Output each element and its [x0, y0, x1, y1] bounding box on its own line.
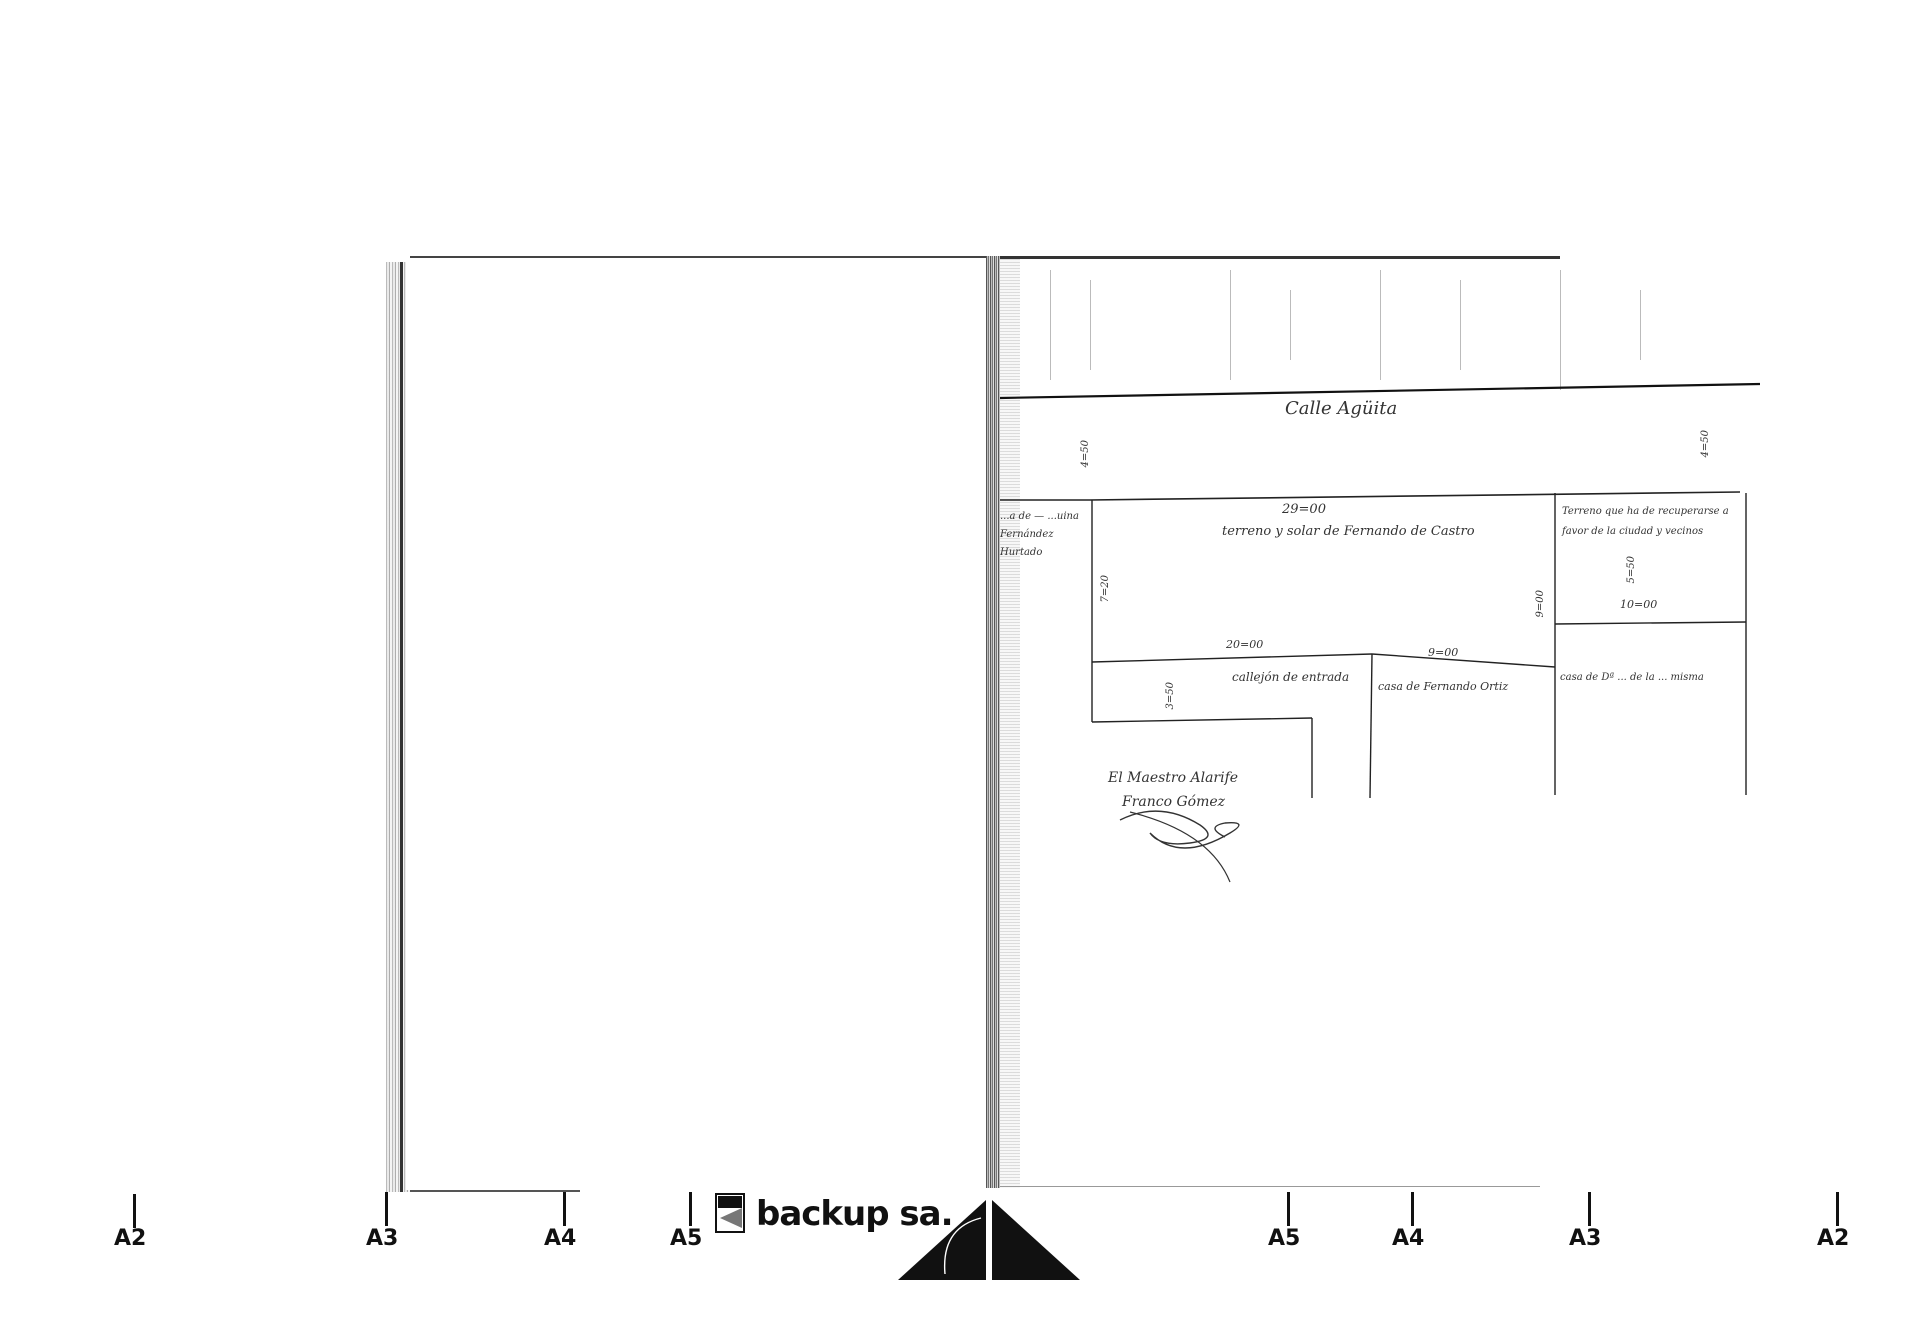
film-mark-tick: [1588, 1192, 1591, 1226]
alley-label: callejón de entrada: [1232, 670, 1349, 684]
street-width-right: 4=50: [1700, 430, 1711, 457]
right-depth-dimension: 9=00: [1535, 590, 1546, 617]
film-mark-label: A2: [114, 1226, 146, 1251]
film-mark-tick: [1287, 1192, 1290, 1226]
right-page-bottom-edge: [1000, 1186, 1540, 1187]
film-mark-tick: [563, 1192, 566, 1226]
signature-name: Franco Gómez: [1122, 794, 1225, 810]
film-mark-label: A2: [1817, 1226, 1849, 1251]
film-mark-label: A5: [1268, 1226, 1300, 1251]
street-label: Calle Agüita: [1285, 398, 1397, 419]
bottom-mid-dimension: 9=00: [1428, 646, 1458, 659]
right-neighbor-label: Terreno que ha de recuperarse a favor de…: [1562, 502, 1742, 542]
film-mark-label: A3: [366, 1226, 398, 1251]
film-mark-tick: [1836, 1192, 1839, 1226]
film-mark-label: A3: [1569, 1226, 1601, 1251]
left-depth-dimension: 7=20: [1100, 575, 1111, 602]
right-lot-depth: 5=50: [1626, 556, 1637, 583]
backup-logo-icon: [714, 1192, 748, 1236]
main-lot-label: terreno y solar de Fernando de Castro: [1222, 524, 1475, 539]
plan-lines: [0, 0, 1920, 1320]
frontage-dimension: 29=00: [1282, 502, 1326, 517]
film-alignment-triangles: [896, 1196, 1086, 1282]
film-mark-label: A4: [544, 1226, 576, 1251]
film-mark-tick: [1411, 1192, 1414, 1226]
film-mark-label: A5: [670, 1226, 702, 1251]
film-mark-tick: [689, 1192, 692, 1226]
alley-depth-dimension: 3=50: [1165, 682, 1176, 709]
left-neighbor-label: ...a de — ...uina Fernández Hurtado: [1000, 508, 1090, 562]
film-mark-tick: [133, 1194, 136, 1228]
house-right-label: casa de Dª ... de la ... misma: [1560, 672, 1704, 683]
street-width-left: 4=50: [1080, 440, 1091, 467]
signature-title: El Maestro Alarife: [1108, 770, 1238, 786]
right-lot-width: 10=00: [1620, 598, 1657, 611]
film-mark-tick: [385, 1192, 388, 1226]
bottom-left-dimension: 20=00: [1226, 638, 1263, 651]
film-mark-label: A4: [1392, 1226, 1424, 1251]
house-mid-label: casa de Fernando Ortiz: [1378, 680, 1508, 693]
